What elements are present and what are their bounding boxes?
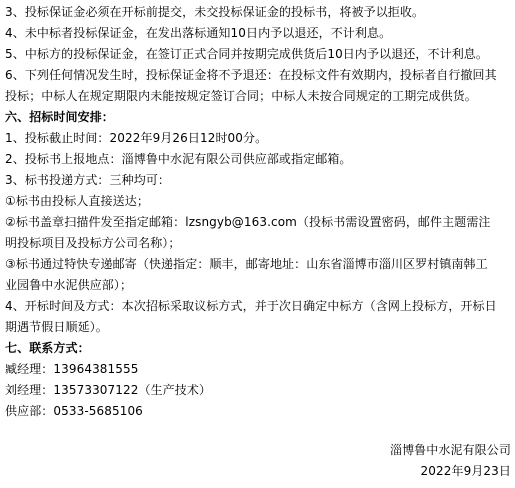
delivery-method-1: ①标书由投标人直接送达； bbox=[5, 191, 513, 212]
schedule-location: 2、投标书上报地点：淄博鲁中水泥有限公司供应部或指定邮箱。 bbox=[5, 149, 513, 170]
schedule-opening: 4、开标时间及方式：本次招标采取议标方式，并于次日确定中标方（含网上投标方，开标… bbox=[5, 296, 513, 317]
delivery-method-2-cont: 明投标项目及投标方公司名称）； bbox=[5, 233, 513, 254]
contact-liu: 刘经理：13573307122（生产技术） bbox=[5, 380, 513, 401]
schedule-delivery-methods: 3、标书投递方式：三种均可： bbox=[5, 170, 513, 191]
delivery-method-3-cont: 业园鲁中水泥供应部）； bbox=[5, 275, 513, 296]
deposit-rule-6-cont: 投标；中标人在规定期限内未能按规定签订合同；中标人未按合同规定的工期完成供货。 bbox=[5, 86, 513, 107]
delivery-method-3: ③标书通过特快专递邮寄（快递指定：顺丰，邮寄地址：山东省淄博市淄川区罗村镇南韩工 bbox=[5, 254, 513, 275]
deposit-rule-6: 6、下列任何情况发生时，投标保证金将不予退还：在投标文件有效期内，投标者自行撤回… bbox=[5, 65, 513, 86]
deposit-rule-4: 4、未中标者投标保证金，在发出落标通知10日内予以退还，不计利息。 bbox=[5, 23, 513, 44]
schedule-heading: 六、招标时间安排： bbox=[5, 107, 513, 128]
schedule-deadline: 1、投标截止时间：2022年9月26日12时00分。 bbox=[5, 128, 513, 149]
schedule-opening-cont: 期遇节假日顺延）。 bbox=[5, 317, 513, 338]
deposit-rule-3: 3、投标保证金必须在开标前提交，未交投标保证金的投标书，将被予以拒收。 bbox=[5, 2, 513, 23]
delivery-method-2: ②标书盖章扫描件发至指定邮箱：lzsngyb@163.com（投标书需设置密码，… bbox=[5, 212, 513, 233]
signature-company: 淄博鲁中水泥有限公司 bbox=[390, 440, 511, 461]
contact-zang: 臧经理：13964381555 bbox=[5, 359, 513, 380]
tender-notice-document: 3、投标保证金必须在开标前提交，未交投标保证金的投标书，将被予以拒收。 4、未中… bbox=[0, 0, 515, 488]
contact-supply-dept: 供应部：0533-5685106 bbox=[5, 401, 513, 422]
deposit-rule-5: 5、中标方的投标保证金，在签订正式合同并按期完成供货后10日内予以退还，不计利息… bbox=[5, 44, 513, 65]
contact-heading: 七、联系方式： bbox=[5, 338, 513, 359]
signature-date: 2022年9月23日 bbox=[421, 461, 511, 482]
